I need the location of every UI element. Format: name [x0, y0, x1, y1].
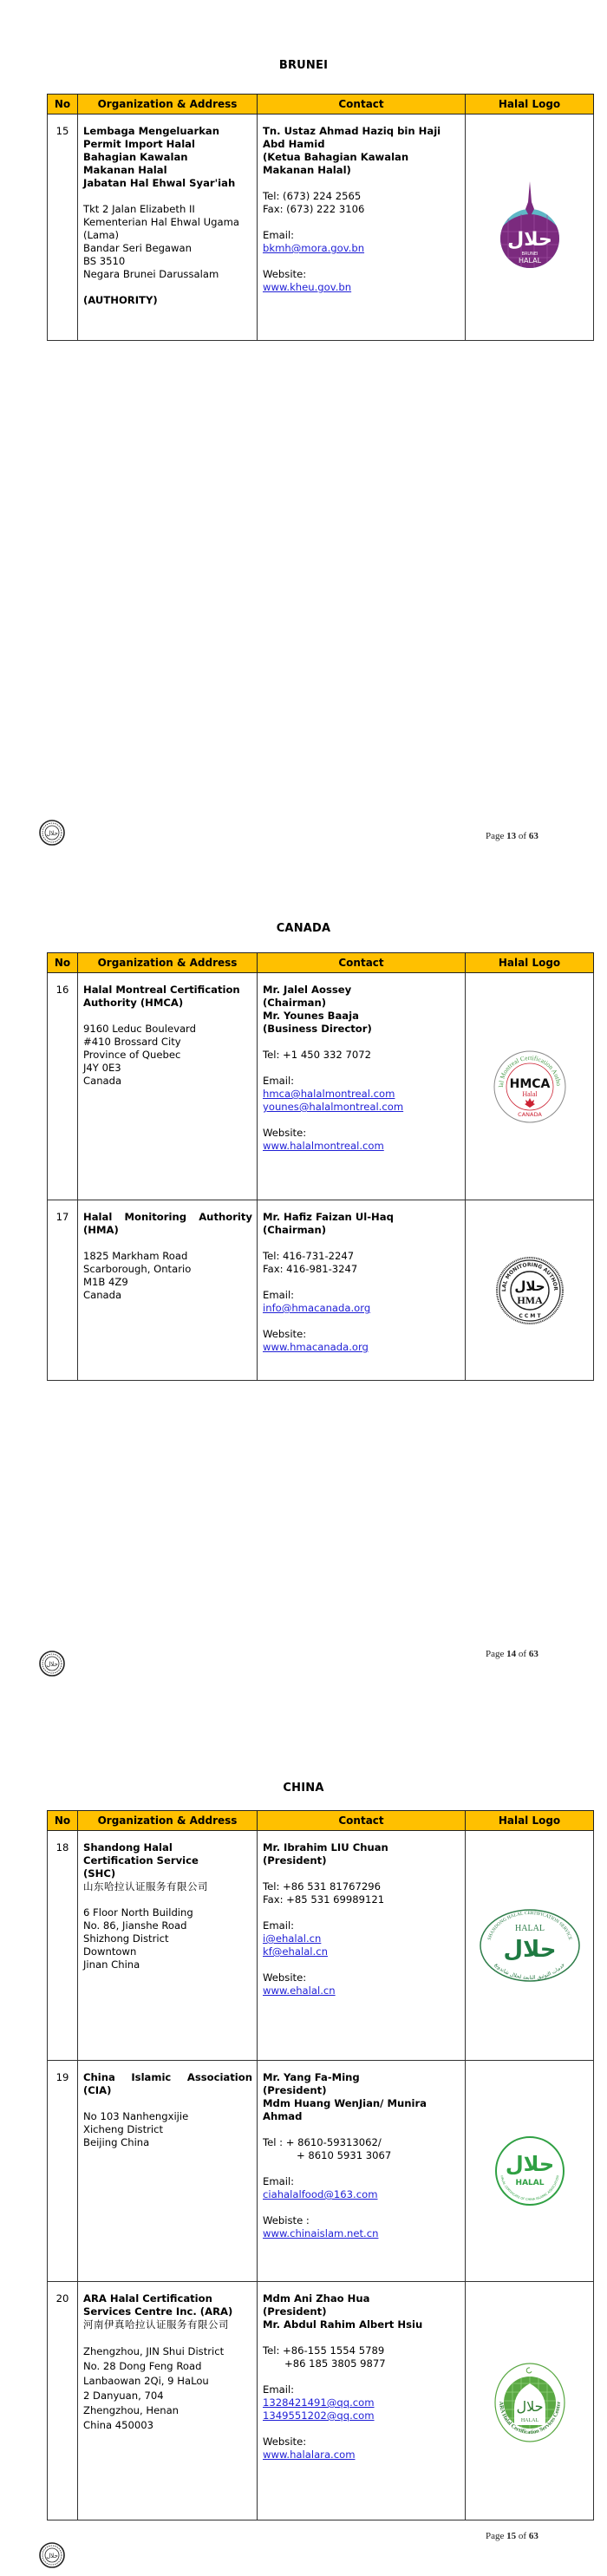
svg-text:حلال: حلال [505, 2152, 553, 2176]
page-15: CHINA No Organization & Address Contact … [0, 0, 607, 2576]
country-heading: CHINA [0, 1782, 607, 1795]
contact-name: Mr. Ibrahim LIU Chuan [263, 1841, 460, 1854]
email-link[interactable]: 1328421491@qq.com [263, 2396, 375, 2409]
contact-name: Mdm Ani Zhao Hua [263, 2292, 460, 2305]
svg-text:HALAL: HALAL [515, 1924, 545, 1933]
contact-name: Mdm Huang WenJian/ Munira Ahmad [263, 2097, 460, 2123]
website-label: Webiste : [263, 2214, 460, 2227]
table-row: 18 Shandong Halal Certification Service … [48, 1831, 594, 2061]
org-chinese-name: 山东哈拉认证服务有限公司 [83, 1880, 252, 1893]
email-label: Email: [263, 2383, 460, 2396]
halal-logo-cell: حلال HALAL ARA Halal Certification Servi… [466, 2282, 594, 2520]
cia-halal-logo-icon: HALAL CERTIFICATE OF CHINA ISLAMIC ASSOC… [493, 2135, 566, 2207]
shc-halal-logo-icon: SHANDONG HALAL CERTIFICATION SERVICE خدم… [478, 1908, 582, 1983]
table-row: 20 ARA Halal Certification Services Cent… [48, 2282, 594, 2520]
header-organization: Organization & Address [78, 1811, 258, 1831]
contact-cell: Mr. Yang Fa-Ming (President) Mdm Huang W… [258, 2061, 466, 2282]
email-label: Email: [263, 1919, 460, 1932]
contact-tel-2: + 8610 5931 3067 [263, 2149, 460, 2162]
contact-cell: Mdm Ani Zhao Hua (President) Mr. Abdul R… [258, 2282, 466, 2520]
header-contact: Contact [258, 1811, 466, 1831]
footer-halal-emblem-icon: حلال [38, 2541, 66, 2569]
contact-name: Mr. Yang Fa-Ming [263, 2071, 460, 2084]
svg-text:حلال: حلال [503, 1937, 556, 1963]
contact-tel: Tel: +86 531 81767296 [263, 1880, 460, 1893]
email-label: Email: [263, 2175, 460, 2188]
contact-cell: Mr. Ibrahim LIU Chuan (President) Tel: +… [258, 1831, 466, 2061]
website-link[interactable]: www.ehalal.cn [263, 1984, 336, 1997]
organization-cell: Shandong Halal Certification Service (SH… [78, 1831, 258, 2061]
org-name: Shandong Halal Certification Service (SH… [83, 1841, 252, 1880]
website-label: Website: [263, 2435, 460, 2449]
org-name: China Islamic Association (CIA) [83, 2071, 252, 2097]
website-link[interactable]: www.halalara.com [263, 2449, 356, 2461]
contact-name: Mr. Abdul Rahim Albert Hsiu [263, 2318, 460, 2331]
row-number: 19 [48, 2061, 78, 2282]
page-number: Page 15 of 63 [486, 2531, 538, 2541]
header-no: No [48, 1811, 78, 1831]
org-chinese-name: 河南伊真哈拉认证服务有限公司 [83, 2318, 252, 2331]
svg-text:HALAL: HALAL [515, 2179, 544, 2187]
email-link[interactable]: kf@ehalal.cn [263, 1945, 328, 1958]
org-address: Zhengzhou, JIN Shui District No. 28 Dong… [83, 2344, 252, 2433]
email-link[interactable]: i@ehalal.cn [263, 1932, 321, 1945]
header-halal-logo: Halal Logo [466, 1811, 594, 1831]
contact-role: (President) [263, 2084, 460, 2097]
website-link[interactable]: www.chinaislam.net.cn [263, 2227, 378, 2239]
contact-tel: Tel: +86-155 1554 5789 [263, 2344, 460, 2357]
org-address: No 103 Nanhengxijie Xicheng District Bei… [83, 2110, 252, 2149]
contact-role: (President) [263, 1854, 460, 1867]
ara-halal-logo-icon: حلال HALAL ARA Halal Certification Servi… [493, 2357, 567, 2444]
table-row: 19 China Islamic Association (CIA) No 10… [48, 2061, 594, 2282]
organization-cell: China Islamic Association (CIA) No 103 N… [78, 2061, 258, 2282]
svg-text:خدمات التوثيق التابعة لحلال شا: خدمات التوثيق التابعة لحلال شاندونغ [493, 1962, 565, 1981]
contact-tel: Tel : + 8610-59313062/ [263, 2136, 460, 2149]
website-label: Website: [263, 1971, 460, 1984]
halal-logo-cell: SHANDONG HALAL CERTIFICATION SERVICE خدم… [466, 1831, 594, 2061]
org-name: ARA Halal Certification Services Centre … [83, 2292, 252, 2318]
email-link[interactable]: 1349551202@qq.com [263, 2409, 375, 2422]
organization-cell: ARA Halal Certification Services Centre … [78, 2282, 258, 2520]
org-address: 6 Floor North Building No. 86, Jianshe R… [83, 1906, 252, 1971]
svg-text:حلال: حلال [46, 2553, 58, 2560]
directory-table: No Organization & Address Contact Halal … [47, 1810, 594, 2520]
svg-text:HALAL: HALAL [520, 2418, 538, 2423]
svg-text:حلال: حلال [516, 2398, 543, 2415]
contact-tel-2: +86 185 3805 9877 [263, 2357, 460, 2370]
contact-role: (President) [263, 2305, 460, 2318]
table-header-row: No Organization & Address Contact Halal … [48, 1811, 594, 1831]
email-link[interactable]: ciahalalfood@163.com [263, 2188, 378, 2200]
contact-fax: Fax: +85 531 69989121 [263, 1893, 460, 1906]
row-number: 18 [48, 1831, 78, 2061]
row-number: 20 [48, 2282, 78, 2520]
halal-logo-cell: HALAL CERTIFICATE OF CHINA ISLAMIC ASSOC… [466, 2061, 594, 2282]
